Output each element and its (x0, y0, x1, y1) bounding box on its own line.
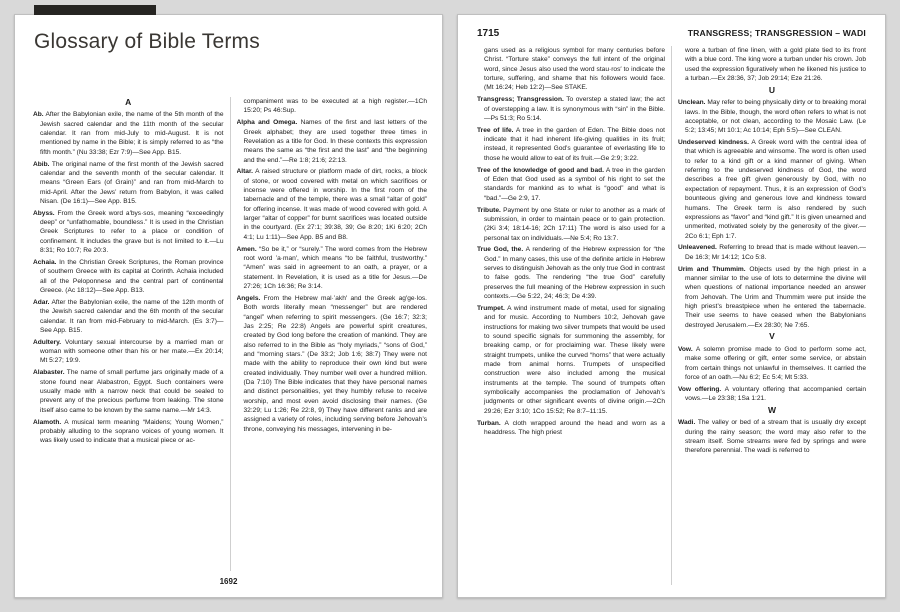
entry-term: Achaia. (33, 259, 56, 266)
entry-term: True God, the. (477, 246, 523, 253)
entry-tribute: Tribute. Payment by one State or ruler t… (477, 206, 665, 243)
entry-continuation: gans used as a religious symbol for many… (477, 46, 665, 93)
entry-term: Wadi. (678, 419, 695, 426)
entry-continuation: wore a turban of fine linen, with a gold… (678, 46, 866, 83)
entry-vow-offering: Vow offering. A voluntary offering that … (678, 385, 866, 404)
entry-ab: Ab. After the Babylonian exile, the name… (33, 110, 224, 157)
entry-true-god: True God, the. A rendering of the Hebrew… (477, 245, 665, 301)
entry-adar: Adar. After the Babylonian exile, the na… (33, 298, 224, 335)
page-edge-tab (34, 5, 156, 15)
entry-term: Undeserved kindness. (678, 139, 749, 146)
entry-text: The original name of the first month of … (40, 161, 224, 205)
entry-text: After the Babylonian exile, the name of … (40, 299, 224, 334)
column-divider (230, 97, 231, 571)
entry-abyss: Abyss. From the Greek word a′bys·sos, me… (33, 209, 224, 256)
entry-angels: Angels. From the Hebrew mal·’akh′ and th… (237, 294, 428, 434)
entry-tree-of-knowledge: Tree of the knowledge of good and bad. A… (477, 166, 665, 203)
right-column-1: gans used as a religious symbol for many… (477, 46, 665, 585)
entry-term: Trumpet. (477, 305, 505, 312)
glossary-left-page: Glossary of Bible Terms A Ab. After the … (14, 14, 443, 598)
running-header: 1715 TRANSGRESS; TRANSGRESSION – WADI (477, 28, 866, 39)
entry-term: Urim and Thummim. (678, 266, 746, 273)
entry-text: May refer to being physically dirty or t… (685, 99, 866, 134)
section-letter-u: U (678, 86, 866, 95)
entry-text: The name of small perfume jars originall… (40, 369, 224, 413)
page-title: Glossary of Bible Terms (34, 30, 260, 54)
entry-term: Unclean. (678, 99, 705, 106)
entry-unclean: Unclean. May refer to being physically d… (678, 98, 866, 135)
entry-term: Ab. (33, 111, 44, 118)
entry-text: A musical term meaning “Maidens; Young W… (40, 419, 224, 445)
entry-text: From the Greek word a′bys·sos, meaning “… (40, 210, 224, 254)
entry-text: After the Babylonian exile, the name of … (40, 111, 224, 155)
entry-text: A raised structure or platform made of d… (244, 168, 428, 240)
entry-wadi: Wadi. The valley or bed of a stream that… (678, 418, 866, 455)
entry-amen: Amen. “So be it,” or “surely.” The word … (237, 245, 428, 292)
right-column-2: wore a turban of fine linen, with a gold… (678, 46, 866, 585)
entry-text: Payment by one State or ruler to another… (484, 207, 665, 242)
left-column-2: companiment was to be executed at a high… (237, 97, 428, 571)
page-spread: Glossary of Bible Terms A Ab. After the … (0, 0, 900, 612)
entry-alabaster: Alabaster. The name of small perfume jar… (33, 368, 224, 415)
entry-text: The valley or bed of a stream that is us… (685, 419, 866, 454)
entry-term: Vow offering. (678, 386, 721, 393)
entry-text: A solemn promise made to God to perform … (685, 346, 866, 381)
entry-undeserved-kindness: Undeserved kindness. A Greek word with t… (678, 138, 866, 241)
entry-term: Adultery. (33, 339, 61, 346)
entry-altar: Altar. A raised structure or platform ma… (237, 167, 428, 242)
entry-text: A cloth wrapped around the head and worn… (484, 420, 665, 436)
entry-text: Voluntary sexual intercourse by a marrie… (40, 339, 224, 365)
entry-text: Objects used by the high priest in a man… (685, 266, 866, 329)
entry-term: Unleavened. (678, 244, 717, 251)
entry-term: Abyss. (33, 210, 55, 217)
entry-alpha-and-omega: Alpha and Omega. Names of the first and … (237, 118, 428, 165)
page-number: 1692 (15, 577, 442, 586)
entry-transgress: Transgress; Transgression. To overstep a… (477, 95, 665, 123)
entry-text: From the Hebrew mal·’akh′ and the Greek … (244, 295, 428, 433)
entry-term: Abib. (33, 161, 49, 168)
entry-term: Alpha and Omega. (237, 119, 298, 126)
entry-term: Turban. (477, 420, 501, 427)
entry-urim-and-thummim: Urim and Thummim. Objects used by the hi… (678, 265, 866, 330)
entry-vow: Vow. A solemn promise made to God to per… (678, 345, 866, 382)
entry-continuation: companiment was to be executed at a high… (237, 97, 428, 116)
entry-term: Alamoth. (33, 419, 61, 426)
column-divider (671, 46, 672, 585)
entry-text: A wind instrument made of metal, used fo… (484, 305, 665, 415)
entry-term: Adar. (33, 299, 50, 306)
entry-achaia: Achaia. In the Christian Greek Scripture… (33, 258, 224, 295)
left-column-1: A Ab. After the Babylonian exile, the na… (33, 97, 224, 571)
left-page-columns: A Ab. After the Babylonian exile, the na… (33, 97, 427, 571)
entry-trumpet: Trumpet. A wind instrument made of metal… (477, 304, 665, 416)
entry-text: A rendering of the Hebrew expression for… (484, 246, 665, 300)
entry-term: Amen. (237, 246, 257, 253)
entry-term: Tree of life. (477, 127, 514, 134)
entry-unleavened: Unleavened. Referring to bread that is m… (678, 243, 866, 262)
section-letter-a: A (33, 98, 224, 107)
running-head-range: TRANSGRESS; TRANSGRESSION – WADI (688, 28, 866, 38)
entry-term: Tribute. (477, 207, 501, 214)
right-page-columns: gans used as a religious symbol for many… (477, 46, 866, 585)
entry-term: Altar. (237, 168, 254, 175)
entry-term: Tree of the knowledge of good and bad. (477, 167, 604, 174)
section-letter-w: W (678, 406, 866, 415)
entry-term: Transgress; Transgression. (477, 96, 564, 103)
entry-turban: Turban. A cloth wrapped around the head … (477, 419, 665, 438)
entry-term: Angels. (237, 295, 261, 302)
entry-adultery: Adultery. Voluntary sexual intercourse b… (33, 338, 224, 366)
entry-text: A Greek word with the central idea of th… (685, 139, 866, 239)
entry-text: “So be it,” or “surely.” The word comes … (244, 246, 428, 290)
entry-alamoth: Alamoth. A musical term meaning “Maidens… (33, 418, 224, 446)
entry-tree-of-life: Tree of life. A tree in the garden of Ed… (477, 126, 665, 163)
glossary-right-page: 1715 TRANSGRESS; TRANSGRESSION – WADI ga… (457, 14, 886, 598)
entry-text: In the Christian Greek Scriptures, the R… (40, 259, 224, 294)
section-letter-v: V (678, 332, 866, 341)
page-number: 1715 (477, 28, 499, 39)
entry-term: Vow. (678, 346, 693, 353)
entry-abib: Abib. The original name of the first mon… (33, 160, 224, 207)
entry-term: Alabaster. (33, 369, 65, 376)
